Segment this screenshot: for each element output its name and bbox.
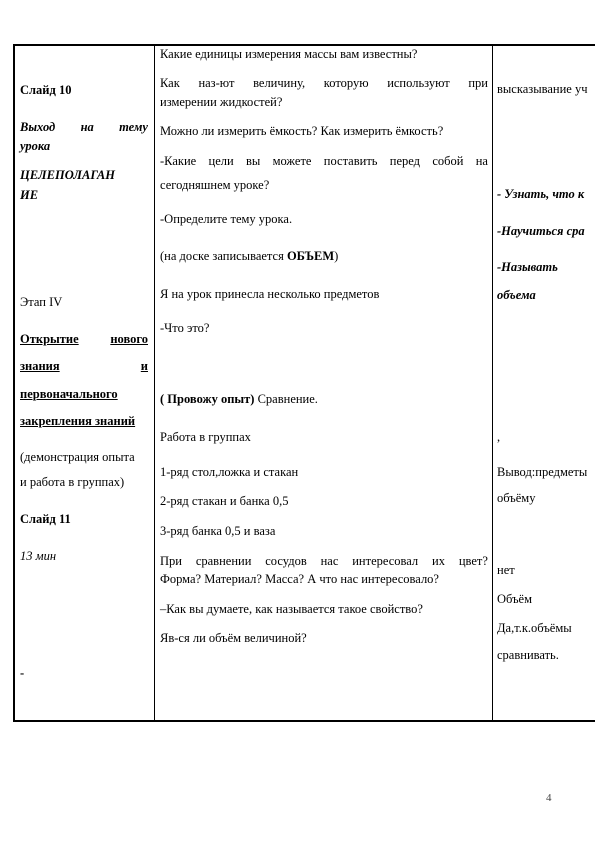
- students-statements: высказывание уч: [497, 82, 588, 96]
- goal-setting-line2: ИЕ: [20, 188, 38, 202]
- question-liquid-line2: измерении жидкостей?: [160, 95, 282, 109]
- student-activity-column: высказывание уч - Узнать, что к -Научить…: [493, 46, 595, 720]
- brought-items: Я на урок принесла несколько предметов: [160, 287, 379, 301]
- question-liquid-line1: Как наз-ют величину, которую используют …: [160, 76, 488, 90]
- demo-note-line2: и работа в группах): [20, 475, 124, 489]
- dot-mark: ,: [497, 430, 500, 444]
- goal-name-units: -Называть: [497, 260, 558, 274]
- exit-to-topic-line1: Выход на тему: [20, 120, 148, 134]
- answer-compare: сравнивать.: [497, 648, 559, 662]
- discovery-line2: знания и: [20, 359, 148, 373]
- stage-label: Этап IV: [20, 295, 62, 309]
- slide-10-label: Слайд 10: [20, 83, 71, 97]
- compare-question-line1: При сравнении сосудов нас интересовал их…: [160, 554, 488, 568]
- experiment-line: ( Провожу опыт) Сравнение.: [160, 392, 318, 406]
- discovery-line1: Открытие нового: [20, 332, 148, 346]
- goal-setting-line1: ЦЕЛЕПОЛАГАН: [20, 168, 115, 182]
- board-note: (на доске записывается ОБЪЕМ): [160, 249, 338, 263]
- volume-quantity-question: Яв-ся ли объём величиной?: [160, 631, 307, 645]
- answer-volume: Объём: [497, 592, 532, 606]
- conclusion-by-volume: объёму: [497, 491, 535, 505]
- question-capacity: Можно ли измерить ёмкость? Как измерить …: [160, 124, 443, 138]
- goal-learn-compare: -Научиться сра: [497, 224, 585, 238]
- answer-no: нет: [497, 563, 515, 577]
- time-label: 13 мин: [20, 549, 56, 563]
- page-number: 4: [546, 792, 552, 804]
- what-is-it: -Что это?: [160, 321, 209, 335]
- discovery-line4: закрепления знаний: [20, 414, 135, 428]
- compare-question-line2: Форма? Материал? Масса? А что нас интере…: [160, 572, 439, 586]
- demo-note-line1: (демонстрация опыта: [20, 450, 135, 464]
- lesson-plan-table: Слайд 10 Выход на тему урока ЦЕЛЕПОЛАГАН…: [13, 44, 595, 722]
- discovery-line3: первоначального: [20, 387, 118, 401]
- answer-yes: Да,т.к.объёмы: [497, 621, 572, 635]
- define-topic: -Определите тему урока.: [160, 212, 292, 226]
- goal-of-volume: объема: [497, 288, 536, 302]
- stage-column: Слайд 10 Выход на тему урока ЦЕЛЕПОЛАГАН…: [15, 46, 155, 720]
- dash-mark: -: [20, 666, 24, 680]
- question-goals-line2: сегодняшнем уроке?: [160, 178, 269, 192]
- question-goals-line1: -Какие цели вы можете поставить перед со…: [160, 154, 488, 168]
- goal-learn-what: - Узнать, что к: [497, 187, 584, 201]
- board-word: ОБЪЕМ: [287, 249, 334, 263]
- group-row-2: 2-ряд стакан и банка 0,5: [160, 494, 288, 508]
- question-mass-units: Какие единицы измерения массы вам извест…: [160, 47, 417, 61]
- group-row-3: 3-ряд банка 0,5 и ваза: [160, 524, 275, 538]
- slide-11-label: Слайд 11: [20, 512, 71, 526]
- exit-to-topic-line2: урока: [20, 139, 50, 153]
- teacher-activity-column: Какие единицы измерения массы вам извест…: [155, 46, 493, 720]
- conclusion: Вывод:предметы: [497, 465, 587, 479]
- group-row-1: 1-ряд стол,ложка и стакан: [160, 465, 298, 479]
- group-work: Работа в группах: [160, 430, 251, 444]
- property-question: –Как вы думаете, как называется такое св…: [160, 602, 423, 616]
